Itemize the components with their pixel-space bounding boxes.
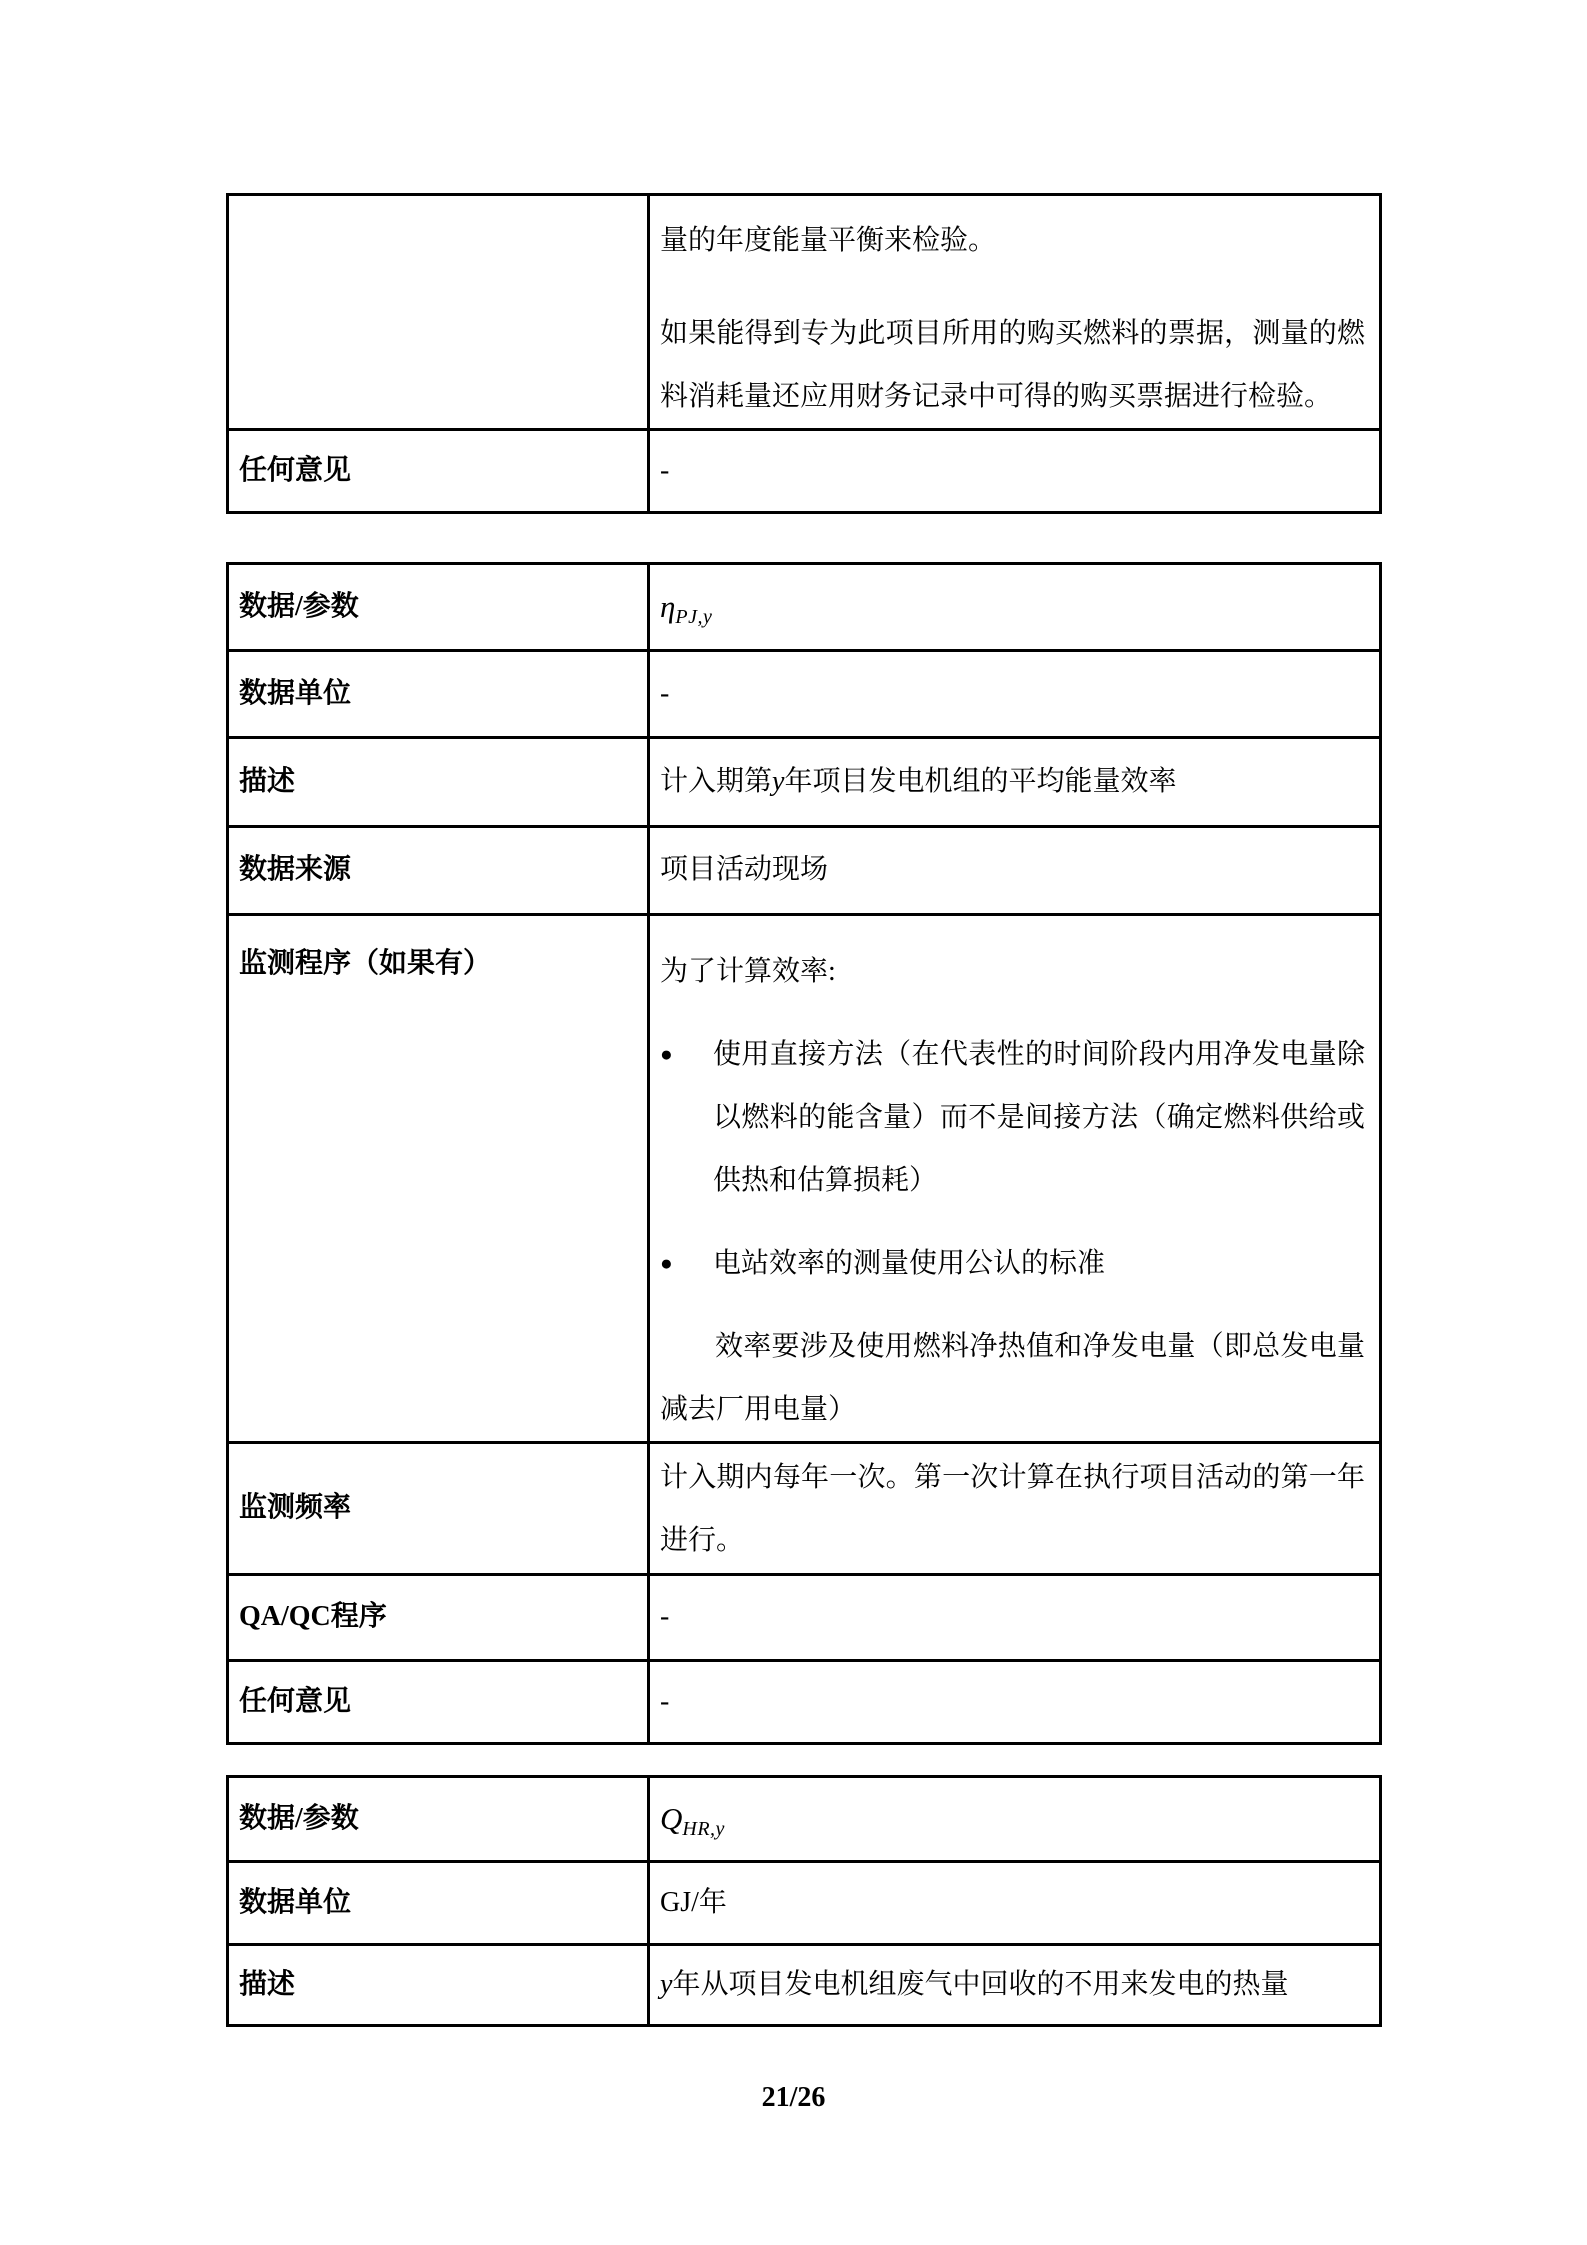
row-label: QA/QC程序 — [228, 1575, 649, 1661]
procedure-intro: 为了计算效率: — [660, 940, 1365, 1003]
row-value: 计入期第y年项目发电机组的平均能量效率 — [649, 738, 1381, 827]
variable-y: y — [772, 766, 784, 797]
parameter-table-qhr: 数据/参数 QHR,y 数据单位 GJ/年 描述 y年从项目发电机组废气中回收的… — [226, 1775, 1382, 2027]
row-label: 数据/参数 — [228, 564, 649, 651]
row-value-parameter: ηPJ,y — [649, 564, 1381, 651]
row-label-empty — [228, 195, 649, 430]
paragraph: 量的年度能量平衡来检验。 — [660, 209, 1365, 272]
row-label: 描述 — [228, 738, 649, 827]
parameter-symbol: η — [660, 589, 675, 624]
row-value: GJ/年 — [649, 1862, 1381, 1945]
row-label: 数据单位 — [228, 651, 649, 738]
bullet-icon: ● — [660, 1023, 713, 1212]
parameter-table-eta: 数据/参数 ηPJ,y 数据单位 - 描述 计入期第y年项目发电机组的平均能量效… — [226, 562, 1382, 1745]
bullet-text: 电站效率的测量使用公认的标准 — [713, 1232, 1365, 1295]
row-value: 量的年度能量平衡来检验。 如果能得到专为此项目所用的购买燃料的票据，测量的燃料消… — [649, 195, 1381, 430]
row-label: 数据/参数 — [228, 1777, 649, 1862]
table-row: 描述 计入期第y年项目发电机组的平均能量效率 — [228, 738, 1381, 827]
row-label: 监测程序（如果有） — [228, 915, 649, 1443]
row-label: 描述 — [228, 1945, 649, 2026]
row-label: 数据来源 — [228, 827, 649, 915]
row-value-parameter: QHR,y — [649, 1777, 1381, 1862]
table-row: 数据单位 GJ/年 — [228, 1862, 1381, 1945]
row-value: 项目活动现场 — [649, 827, 1381, 915]
row-label: 任何意见 — [228, 430, 649, 513]
paragraph: 如果能得到专为此项目所用的购买燃料的票据，测量的燃料消耗量还应用财务记录中可得的… — [660, 302, 1365, 428]
parameter-table-continued: 量的年度能量平衡来检验。 如果能得到专为此项目所用的购买燃料的票据，测量的燃料消… — [226, 193, 1382, 514]
table-row: 数据/参数 ηPJ,y — [228, 564, 1381, 651]
variable-y: y — [660, 1969, 672, 2000]
description-text: 年项目发电机组的平均能量效率 — [784, 766, 1176, 797]
frequency-text: 计入期内每年一次。第一次计算在执行项目活动的第一年进行。 — [660, 1446, 1365, 1572]
row-value: - — [649, 651, 1381, 738]
row-value: y年从项目发电机组废气中回收的不用来发电的热量 — [649, 1945, 1381, 2026]
bullet-icon: ● — [660, 1232, 713, 1295]
row-value-procedure: 为了计算效率: ● 使用直接方法（在代表性的时间阶段内用净发电量除以燃料的能含量… — [649, 915, 1381, 1443]
procedure-note: 效率要涉及使用燃料净热值和净发电量（即总发电量减去厂用电量） — [660, 1315, 1365, 1441]
page-number: 21/26 — [0, 2082, 1587, 2114]
row-value: - — [649, 1661, 1381, 1744]
row-label: 任何意见 — [228, 1661, 649, 1744]
row-value: 计入期内每年一次。第一次计算在执行项目活动的第一年进行。 — [649, 1443, 1381, 1575]
table-row: QA/QC程序 - — [228, 1575, 1381, 1661]
table-row: 监测频率 计入期内每年一次。第一次计算在执行项目活动的第一年进行。 — [228, 1443, 1381, 1575]
bullet-item: ● 电站效率的测量使用公认的标准 — [660, 1232, 1365, 1295]
table-row: 量的年度能量平衡来检验。 如果能得到专为此项目所用的购买燃料的票据，测量的燃料消… — [228, 195, 1381, 430]
table-row: 任何意见 - — [228, 430, 1381, 513]
row-value: - — [649, 430, 1381, 513]
table-row: 任何意见 - — [228, 1661, 1381, 1744]
parameter-subscript: PJ,y — [675, 606, 712, 628]
description-text: 计入期第 — [660, 766, 772, 797]
parameter-subscript: HR,y — [682, 1818, 725, 1840]
row-label: 监测频率 — [228, 1443, 649, 1575]
row-label: 数据单位 — [228, 1862, 649, 1945]
document-page: { "footer": { "page_number": "21/26" }, … — [0, 0, 1587, 2245]
row-value: - — [649, 1575, 1381, 1661]
table-row: 数据单位 - — [228, 651, 1381, 738]
table-row: 数据来源 项目活动现场 — [228, 827, 1381, 915]
table-row: 监测程序（如果有） 为了计算效率: ● 使用直接方法（在代表性的时间阶段内用净发… — [228, 915, 1381, 1443]
bullet-text: 使用直接方法（在代表性的时间阶段内用净发电量除以燃料的能含量）而不是间接方法（确… — [713, 1023, 1365, 1212]
table-row: 描述 y年从项目发电机组废气中回收的不用来发电的热量 — [228, 1945, 1381, 2026]
table-row: 数据/参数 QHR,y — [228, 1777, 1381, 1862]
description-text: 年从项目发电机组废气中回收的不用来发电的热量 — [672, 1969, 1288, 2000]
bullet-item: ● 使用直接方法（在代表性的时间阶段内用净发电量除以燃料的能含量）而不是间接方法… — [660, 1023, 1365, 1212]
parameter-symbol: Q — [660, 1801, 682, 1836]
